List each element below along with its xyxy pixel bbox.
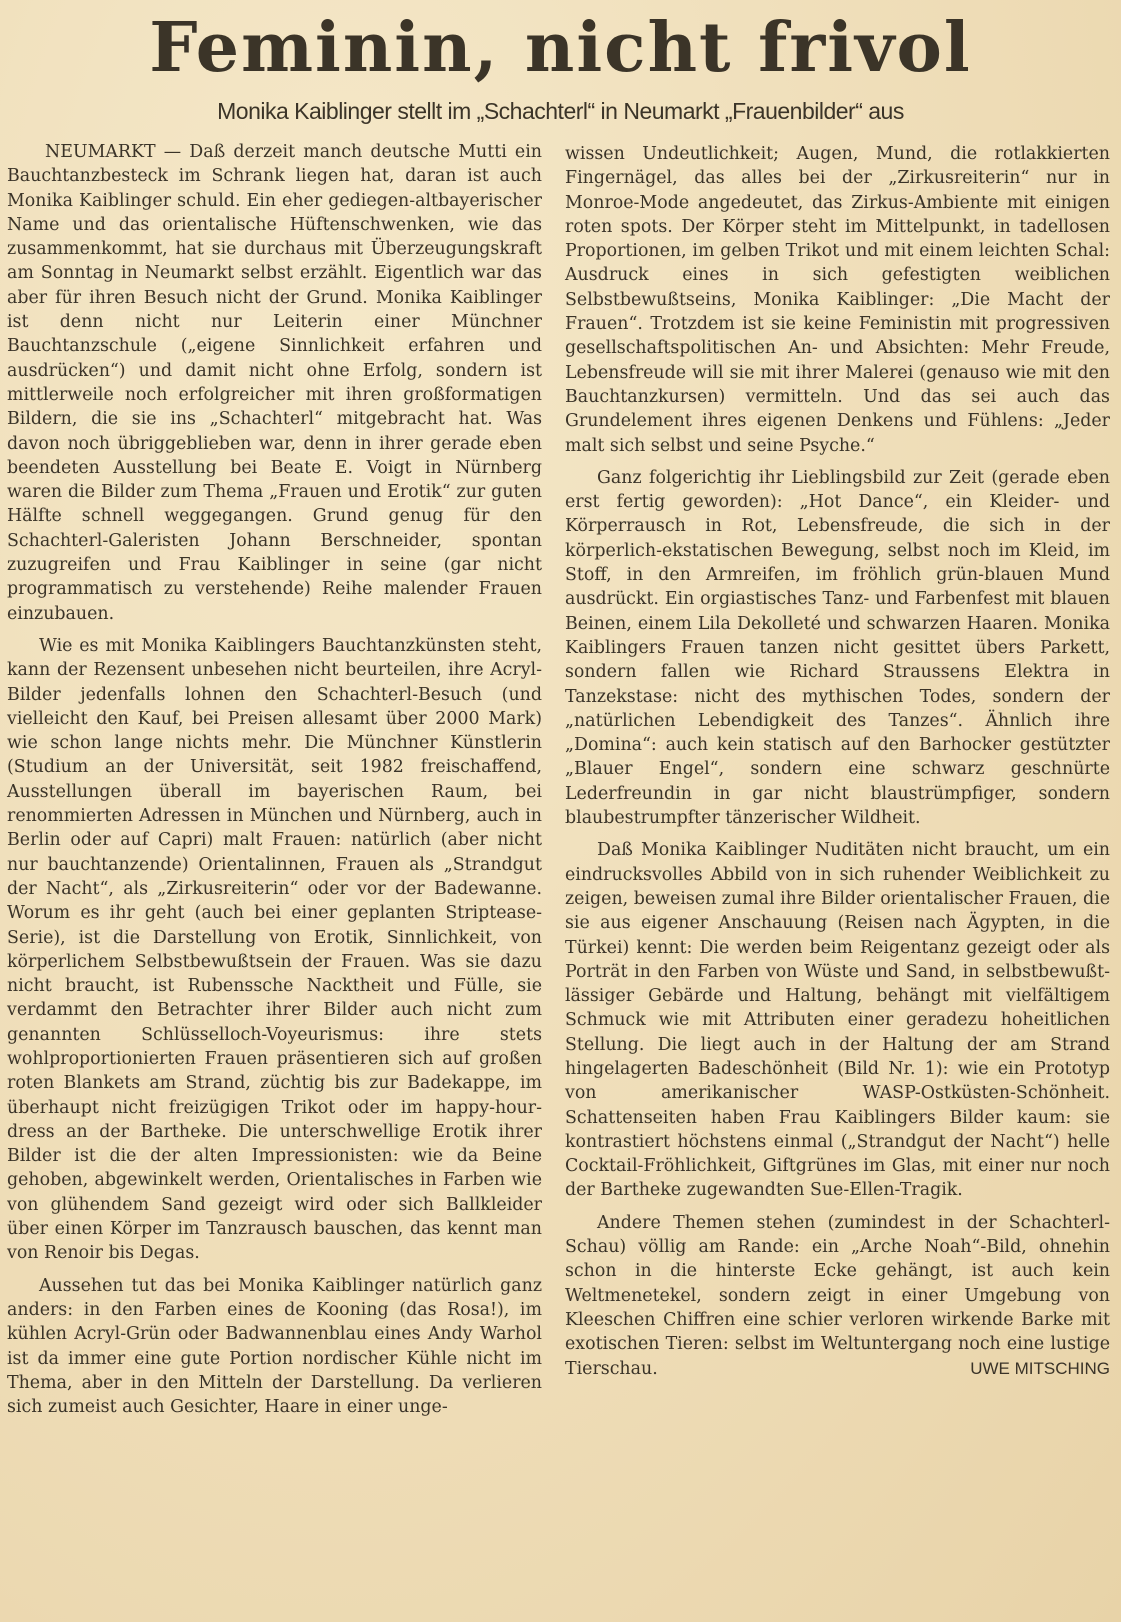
- article-paragraph: Daß Monika Kaiblinger Nuditäten nicht br…: [565, 838, 1110, 1202]
- article-column-right: wissen Undeutlichkeit; Augen, Mund, die …: [565, 142, 1110, 1389]
- article-paragraph: wissen Undeutlichkeit; Augen, Mund, die …: [565, 142, 1110, 458]
- article-headline: Feminin, nicht frivol: [0, 8, 1121, 88]
- article-paragraph: Andere Themen stehen (zumindest in der S…: [565, 1211, 1110, 1381]
- author-byline: UWE MITSCHING: [938, 1357, 1110, 1381]
- article-paragraph: Wie es mit Monika Kaiblingers Bauchtanzk…: [7, 634, 542, 1266]
- article-paragraph: Aussehen tut das bei Monika Kaiblinger n…: [7, 1274, 542, 1420]
- dateline: NEUMARKT —: [45, 142, 189, 162]
- article-paragraph: NEUMARKT — Daß derzeit manch deutsche Mu…: [7, 140, 542, 626]
- article-paragraph: Ganz folgerichtig ihr Lieblingsbild zur …: [565, 466, 1110, 830]
- article-column-left: NEUMARKT — Daß derzeit manch deutsche Mu…: [7, 140, 542, 1427]
- article-subheadline: Monika Kaiblinger stellt im „Schachterl“…: [0, 96, 1121, 126]
